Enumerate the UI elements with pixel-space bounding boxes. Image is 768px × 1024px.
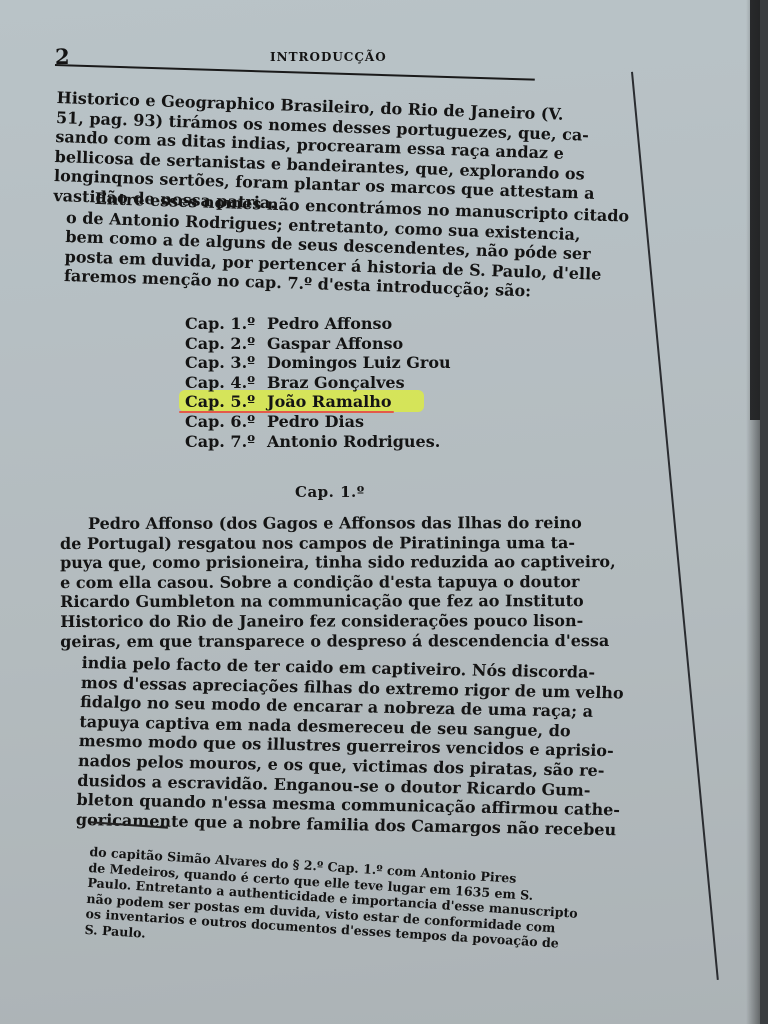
chapter-name: Gaspar Affonso (267, 334, 403, 353)
chapter-paragraph-top: Pedro Affonso (dos Gagos e Affonsos das … (60, 513, 590, 651)
chapter-item: Cap. 3.ºDomingos Luiz Grou (185, 353, 451, 373)
chapter-item: Cap. 7.ºAntonio Rodrigues. (185, 432, 451, 452)
chapter-name: Braz Gonçalves (267, 373, 405, 392)
text-line: geiras, em que transparece o despreso á … (60, 631, 590, 652)
chapter-number: Cap. 6.º (185, 412, 267, 432)
chapter-number: Cap. 5.º (185, 392, 267, 412)
chapter-item: Cap. 1.ºPedro Affonso (185, 314, 451, 334)
chapter-item-highlighted: Cap. 5.ºJoão Ramalho (185, 392, 451, 412)
margin-rule (631, 72, 718, 980)
chapter-number: Cap. 4.º (185, 373, 267, 393)
chapter-paragraph-bottom: india pelo facto de ter caido em captive… (76, 653, 602, 839)
text-line: de Portugal) resgatou nos campos de Pira… (60, 533, 590, 554)
footnote: do capitão Simão Alvares do § 2.º Cap. 1… (84, 844, 619, 970)
chapter-list: Cap. 1.ºPedro Affonso Cap. 2.ºGaspar Aff… (185, 314, 451, 451)
text-line: Ricardo Gumbleton na communicação que fe… (60, 591, 590, 612)
chapter-name: João Ramalho (267, 392, 392, 411)
text-line: puya que, como prisioneira, tinha sido r… (60, 552, 590, 573)
second-paragraph: Entre esses nomes não encontrámos no man… (64, 188, 587, 303)
chapter-name: Domingos Luiz Grou (267, 353, 451, 372)
chapter-name: Pedro Affonso (267, 314, 392, 333)
chapter-name: Pedro Dias (267, 412, 364, 431)
chapter-name: Antonio Rodrigues. (267, 432, 440, 451)
chapter-item: Cap. 4.ºBraz Gonçalves (185, 373, 451, 393)
chapter-number: Cap. 1.º (185, 314, 267, 334)
running-title: INTRODUCÇÃO (270, 50, 387, 64)
page-header: 2 INTRODUCÇÃO (55, 44, 575, 68)
chapter-item: Cap. 6.ºPedro Dias (185, 412, 451, 432)
text-line: Pedro Affonso (dos Gagos e Affonsos das … (60, 513, 590, 534)
chapter-number: Cap. 2.º (185, 334, 267, 354)
chapter-number: Cap. 7.º (185, 432, 267, 452)
page-edge-shadow (746, 0, 760, 1024)
text-line: Historico do Rio de Janeiro fez consider… (60, 611, 590, 632)
text-line: e com ella casou. Sobre a condição d'est… (60, 572, 590, 593)
chapter-number: Cap. 3.º (185, 353, 267, 373)
book-page: 2 INTRODUCÇÃO Historico e Geographico Br… (0, 0, 760, 1024)
chapter-heading: Cap. 1.º (295, 483, 365, 501)
chapter-item: Cap. 2.ºGaspar Affonso (185, 334, 451, 354)
